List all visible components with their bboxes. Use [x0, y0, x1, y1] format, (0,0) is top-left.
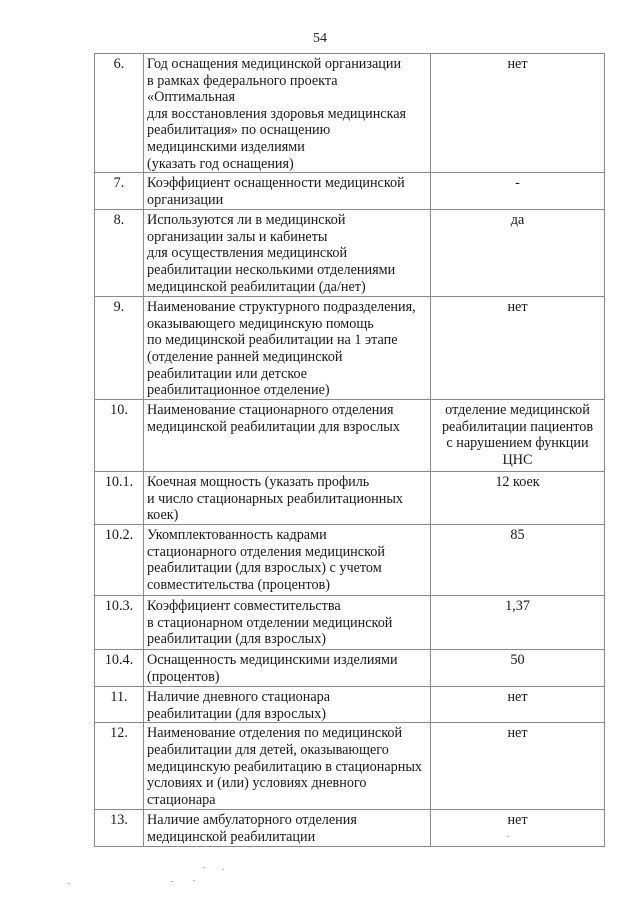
row-value: отделение медицинской реабилитации пацие…: [431, 400, 605, 472]
table-row: 12. Наименование отделения по медицинско…: [95, 723, 605, 810]
table-row: 13. Наличие амбулаторного отделения меди…: [95, 810, 605, 846]
table-row: 10.3. Коэффициент совместительства в ста…: [95, 596, 605, 650]
scan-artifact: [171, 881, 173, 882]
row-number: 9.: [95, 297, 144, 400]
row-value: 12 коек: [431, 472, 605, 525]
row-value: нет: [431, 687, 605, 723]
row-description: Наличие амбулаторного отделения медицинс…: [144, 810, 431, 846]
row-description: Оснащенность медицинскими изделиями (про…: [144, 650, 431, 687]
table-row: 6. Год оснащения медицинской организации…: [95, 54, 605, 173]
row-value: да: [431, 210, 605, 297]
scan-artifact: [507, 836, 509, 837]
row-description: Наличие дневного стационара реабилитации…: [144, 687, 431, 723]
row-description: Наименование структурного подразделения,…: [144, 297, 431, 400]
row-number: 13.: [95, 810, 144, 846]
scan-artifact: [193, 880, 195, 881]
row-description: Наименование отделения по медицинской ре…: [144, 723, 431, 810]
row-description: Коэффициент оснащенности медицинской орг…: [144, 173, 431, 210]
table-row: 10. Наименование стационарного отделения…: [95, 400, 605, 472]
row-description: Наименование стационарного отделения мед…: [144, 400, 431, 472]
table-row: 11. Наличие дневного стационара реабилит…: [95, 687, 605, 723]
rehabilitation-info-table: 6. Год оснащения медицинской организации…: [94, 53, 605, 847]
row-value: -: [431, 173, 605, 210]
table-row: 10.1. Коечная мощность (указать профиль …: [95, 472, 605, 525]
page-number: 54: [0, 31, 640, 47]
row-value: 1,37: [431, 596, 605, 650]
row-description: Укомплектованность кадрами стационарного…: [144, 525, 431, 596]
row-description: Используются ли в медицинской организаци…: [144, 210, 431, 297]
row-description: Год оснащения медицинской организации в …: [144, 54, 431, 173]
row-number: 6.: [95, 54, 144, 173]
row-number: 11.: [95, 687, 144, 723]
scan-artifact: [203, 867, 205, 868]
row-value: нет: [431, 723, 605, 810]
row-description: Коэффициент совместительства в стационар…: [144, 596, 431, 650]
row-number: 10.1.: [95, 472, 144, 525]
row-number: 10.4.: [95, 650, 144, 687]
table-row: 8. Используются ли в медицинской организ…: [95, 210, 605, 297]
row-value: 85: [431, 525, 605, 596]
row-value: 50: [431, 650, 605, 687]
scan-artifact: [68, 883, 70, 884]
row-value: нет: [431, 810, 605, 846]
table-row: 10.4. Оснащенность медицинскими изделиям…: [95, 650, 605, 687]
row-description: Коечная мощность (указать профиль и числ…: [144, 472, 431, 525]
row-number: 12.: [95, 723, 144, 810]
row-number: 7.: [95, 173, 144, 210]
table-row: 9. Наименование структурного подразделен…: [95, 297, 605, 400]
row-value: нет: [431, 297, 605, 400]
table-row: 7. Коэффициент оснащенности медицинской …: [95, 173, 605, 210]
row-number: 10.2.: [95, 525, 144, 596]
row-value: нет: [431, 54, 605, 173]
scan-artifact: [222, 869, 224, 870]
scan-artifact: [177, 846, 179, 847]
row-number: 10.3.: [95, 596, 144, 650]
row-number: 8.: [95, 210, 144, 297]
scan-artifact: [196, 846, 198, 847]
row-number: 10.: [95, 400, 144, 472]
table-row: 10.2. Укомплектованность кадрами стацион…: [95, 525, 605, 596]
